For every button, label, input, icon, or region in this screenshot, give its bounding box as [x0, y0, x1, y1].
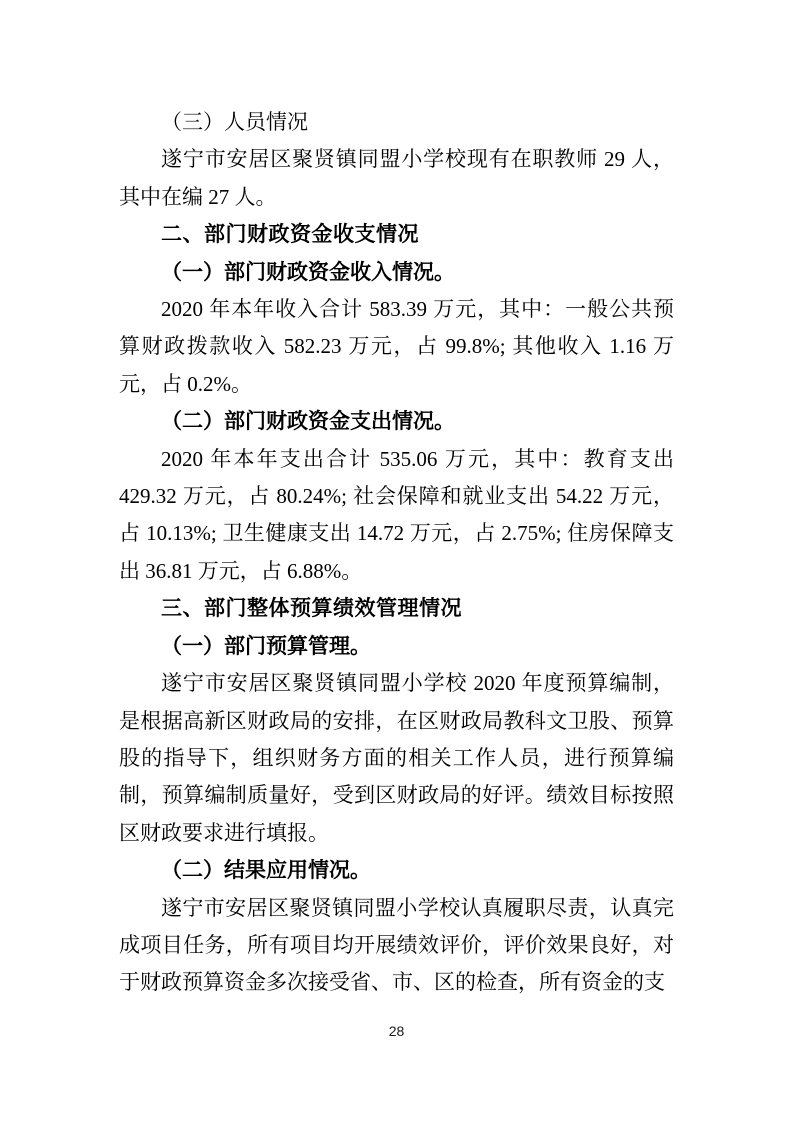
page-number: 28 — [0, 1023, 793, 1039]
paragraph-result-application-details: 遂宁市安居区聚贤镇同盟小学校认真履职尽责，认真完成项目任务，所有项目均开展绩效评… — [119, 890, 674, 1002]
paragraph-staff-counts: 遂宁市安居区聚贤镇同盟小学校现有在职教师 29 人，其中在编 27 人。 — [119, 141, 674, 216]
subheading-personnel-situation: （三）人员情况 — [119, 104, 674, 141]
document-page: （三）人员情况 遂宁市安居区聚贤镇同盟小学校现有在职教师 29 人，其中在编 2… — [0, 0, 793, 1122]
section-heading-budget-performance: 三、部门整体预算绩效管理情况 — [119, 590, 674, 627]
subheading-revenue-situation: （一）部门财政资金收入情况。 — [119, 254, 674, 291]
paragraph-expenditure-details: 2020 年本年支出合计 535.06 万元，其中：教育支出 429.32 万元… — [119, 441, 674, 591]
document-body: （三）人员情况 遂宁市安居区聚贤镇同盟小学校现有在职教师 29 人，其中在编 2… — [119, 104, 674, 1002]
subheading-budget-management: （一）部门预算管理。 — [119, 628, 674, 665]
paragraph-budget-management-details: 遂宁市安居区聚贤镇同盟小学校 2020 年度预算编制，是根据高新区财政局的安排，… — [119, 665, 674, 852]
section-heading-fiscal-funds: 二、部门财政资金收支情况 — [119, 216, 674, 253]
subheading-expenditure-situation: （二）部门财政资金支出情况。 — [119, 403, 674, 440]
paragraph-revenue-details: 2020 年本年收入合计 583.39 万元，其中：一般公共预算财政拨款收入 5… — [119, 291, 674, 403]
subheading-result-application: （二）结果应用情况。 — [119, 852, 674, 889]
